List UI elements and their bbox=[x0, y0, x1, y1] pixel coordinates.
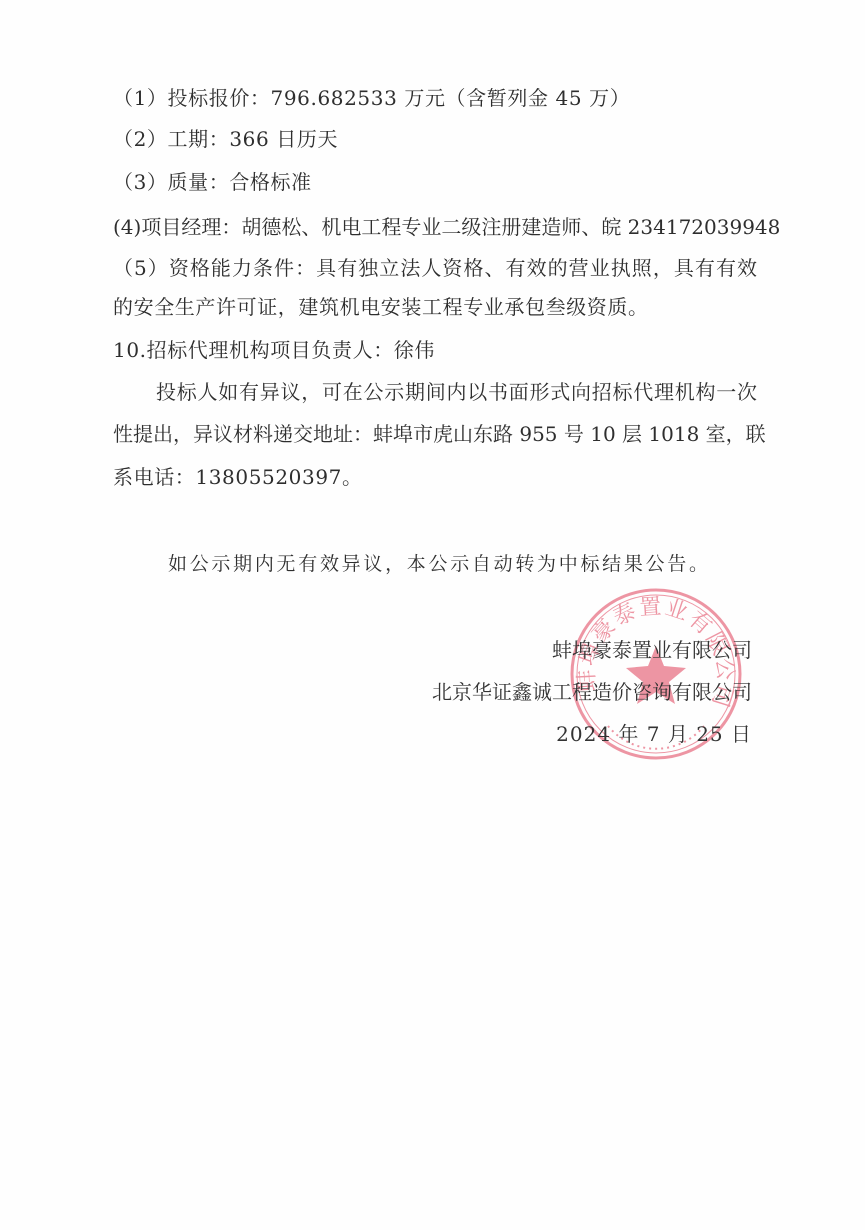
objection-paragraph-line-1: 投标人如有异议，可在公示期间内以书面形式向招标代理机构一次 bbox=[156, 378, 757, 406]
quality-item: （3）质量：合格标准 bbox=[113, 168, 763, 196]
document-page: （1）投标报价：796.682533 万元（含暂列金 45 万） （2）工期：3… bbox=[0, 0, 865, 1230]
objection-paragraph-line-2: 性提出，异议材料递交地址：蚌埠市虎山东路 955 号 10 层 1018 室，联 bbox=[113, 420, 757, 448]
closing-note: 如公示期内无有效异议，本公示自动转为中标结果公告。 bbox=[168, 550, 708, 578]
signature-date: 2024 年 7 月 25 日 bbox=[556, 720, 752, 748]
project-manager-item: (4)项目经理：胡德松、机电工程专业二级注册建造师、皖 23417203994​… bbox=[113, 213, 757, 241]
signature-company-2: 北京华证鑫诚工程造价咨询有限公司 bbox=[432, 678, 752, 706]
qualification-item: （5）资格能力条件：具有独立法人资格、有效的营业执照，具有有效 bbox=[113, 254, 757, 282]
objection-paragraph-line-3: 系电话：13805520397。 bbox=[113, 463, 763, 491]
section-10-heading: 10.招标代理机构项目负责人：徐伟 bbox=[113, 336, 763, 364]
construction-period-item: （2）工期：366 日历天 bbox=[113, 125, 763, 153]
qualification-item-continued: 的安全生产许可证，建筑机电安装工程专业承包叁级资质。 bbox=[113, 293, 763, 321]
bid-price-item: （1）投标报价：796.682533 万元（含暂列金 45 万） bbox=[113, 84, 763, 112]
signature-company-1: 蚌埠豪泰置业有限公司 bbox=[552, 636, 752, 664]
